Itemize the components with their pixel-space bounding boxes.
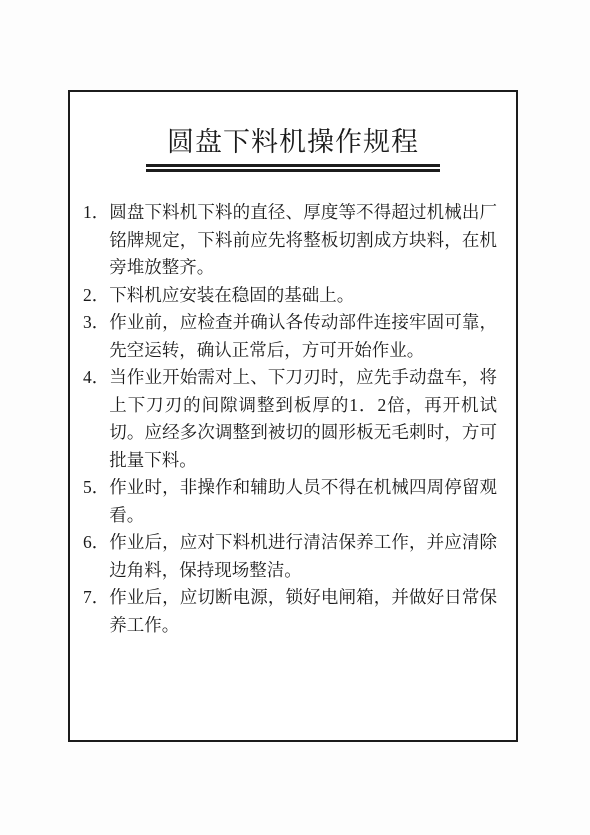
list-item: 4． 当作业开始需对上、下刀刃时，应先手动盘车，将上下刀刃的间隙调整到板厚的1．… [83,364,497,474]
document-page: 圆盘下料机操作规程 1． 圆盘下料机下料的直径、厚度等不得超过机械出厂铭牌规定，… [68,90,518,742]
item-marker: 5． [83,474,109,502]
list-item: 7． 作业后，应切断电源，锁好电闸箱，并做好日常保养工作。 [83,584,497,639]
item-marker: 6． [83,529,109,557]
item-text: 作业前，应检查并确认各传动部件连接牢固可靠，先空运转，确认正常后，方可开始作业。 [109,309,497,364]
list-item: 3． 作业前，应检查并确认各传动部件连接牢固可靠，先空运转，确认正常后，方可开始… [83,309,497,364]
item-marker: 4． [83,364,109,392]
item-text: 当作业开始需对上、下刀刃时，应先手动盘车，将上下刀刃的间隙调整到板厚的1．2倍，… [109,364,497,474]
item-text: 下料机应安装在稳固的基础上。 [109,282,497,310]
item-marker: 1． [83,199,109,227]
list-item: 6． 作业后，应对下料机进行清洁保养工作，并应清除边角料，保持现场整洁。 [83,529,497,584]
page-title: 圆盘下料机操作规程 [146,126,440,172]
item-marker: 7． [83,584,109,612]
item-text: 作业后，应对下料机进行清洁保养工作，并应清除边角料，保持现场整洁。 [109,529,497,584]
list-item: 5． 作业时，非操作和辅助人员不得在机械四周停留观看。 [83,474,497,529]
item-text: 作业后，应切断电源，锁好电闸箱，并做好日常保养工作。 [109,584,497,639]
item-text: 作业时，非操作和辅助人员不得在机械四周停留观看。 [109,474,497,529]
item-marker: 3． [83,309,109,337]
rules-list: 1． 圆盘下料机下料的直径、厚度等不得超过机械出厂铭牌规定，下料前应先将整板切割… [83,199,497,639]
item-text: 圆盘下料机下料的直径、厚度等不得超过机械出厂铭牌规定，下料前应先将整板切割成方块… [109,199,497,282]
item-marker: 2． [83,282,109,310]
title-wrap: 圆盘下料机操作规程 [70,126,516,172]
list-item: 1． 圆盘下料机下料的直径、厚度等不得超过机械出厂铭牌规定，下料前应先将整板切割… [83,199,497,282]
list-item: 2． 下料机应安装在稳固的基础上。 [83,282,497,310]
